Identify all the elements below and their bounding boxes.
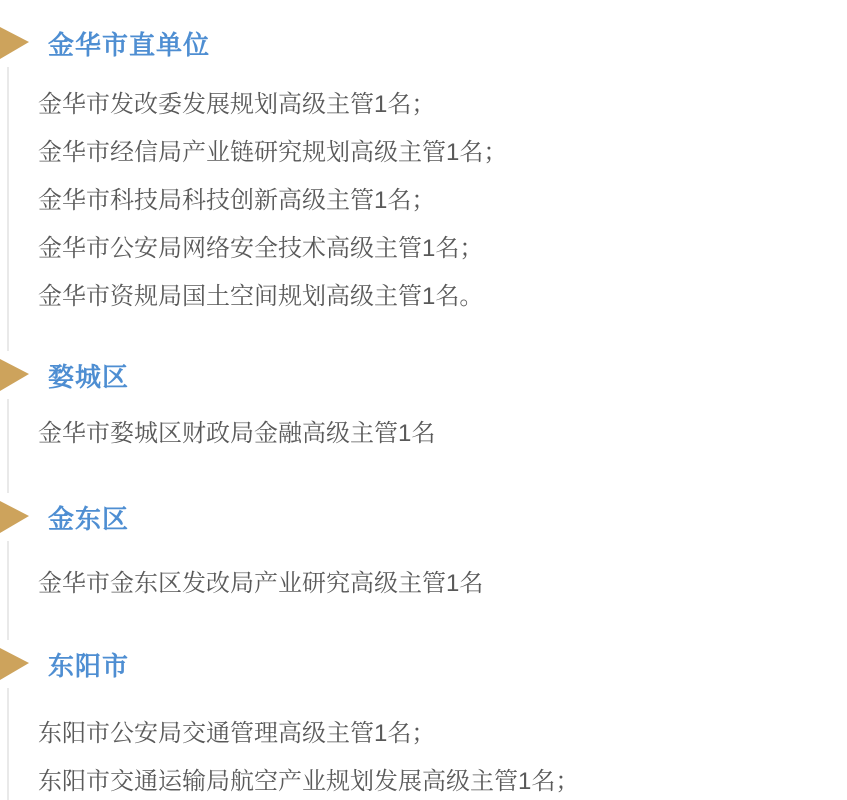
section-body-wucheng: 金华市婺城区财政局金融高级主管1名 <box>38 410 435 458</box>
section-title: 金华市直单位 <box>48 25 210 62</box>
article-page: 金华市直单位 金华市发改委发展规划高级主管1名； 金华市经信局产业链研究规划高级… <box>0 0 847 800</box>
arrow-right-icon-shape <box>0 648 29 680</box>
section-header-wucheng: 婺城区 <box>0 351 129 399</box>
arrow-right-icon-shape <box>0 501 29 533</box>
arrow-right-icon <box>0 493 38 541</box>
section-header-jindong: 金东区 <box>0 493 129 541</box>
arrow-right-icon-shape <box>0 359 29 391</box>
left-vertical-rule <box>7 60 9 800</box>
section-title: 金东区 <box>48 499 129 536</box>
section-title: 东阳市 <box>48 646 129 683</box>
position-line: 金华市科技局科技创新高级主管1名； <box>38 177 507 225</box>
section-body-jindong: 金华市金东区发改局产业研究高级主管1名 <box>38 560 483 608</box>
arrow-right-icon <box>0 351 38 399</box>
position-line: 金华市金东区发改局产业研究高级主管1名 <box>38 560 483 608</box>
position-line: 金华市资规局国土空间规划高级主管1名。 <box>38 273 507 321</box>
position-line: 金华市经信局产业链研究规划高级主管1名； <box>38 129 507 177</box>
arrow-right-icon <box>0 19 38 67</box>
section-header-jinhua-municipal: 金华市直单位 <box>0 19 210 67</box>
section-header-dongyang: 东阳市 <box>0 640 129 688</box>
position-line: 金华市发改委发展规划高级主管1名； <box>38 81 507 129</box>
arrow-right-icon <box>0 640 38 688</box>
position-line: 东阳市公安局交通管理高级主管1名； <box>38 710 579 758</box>
position-line: 金华市婺城区财政局金融高级主管1名 <box>38 410 435 458</box>
section-title: 婺城区 <box>48 357 129 394</box>
arrow-right-icon-shape <box>0 27 29 59</box>
section-body-dongyang: 东阳市公安局交通管理高级主管1名； 东阳市交通运输局航空产业规划发展高级主管1名… <box>38 710 579 800</box>
section-body-jinhua-municipal: 金华市发改委发展规划高级主管1名； 金华市经信局产业链研究规划高级主管1名； 金… <box>38 81 507 321</box>
position-line: 金华市公安局网络安全技术高级主管1名； <box>38 225 507 273</box>
position-line: 东阳市交通运输局航空产业规划发展高级主管1名； <box>38 758 579 800</box>
